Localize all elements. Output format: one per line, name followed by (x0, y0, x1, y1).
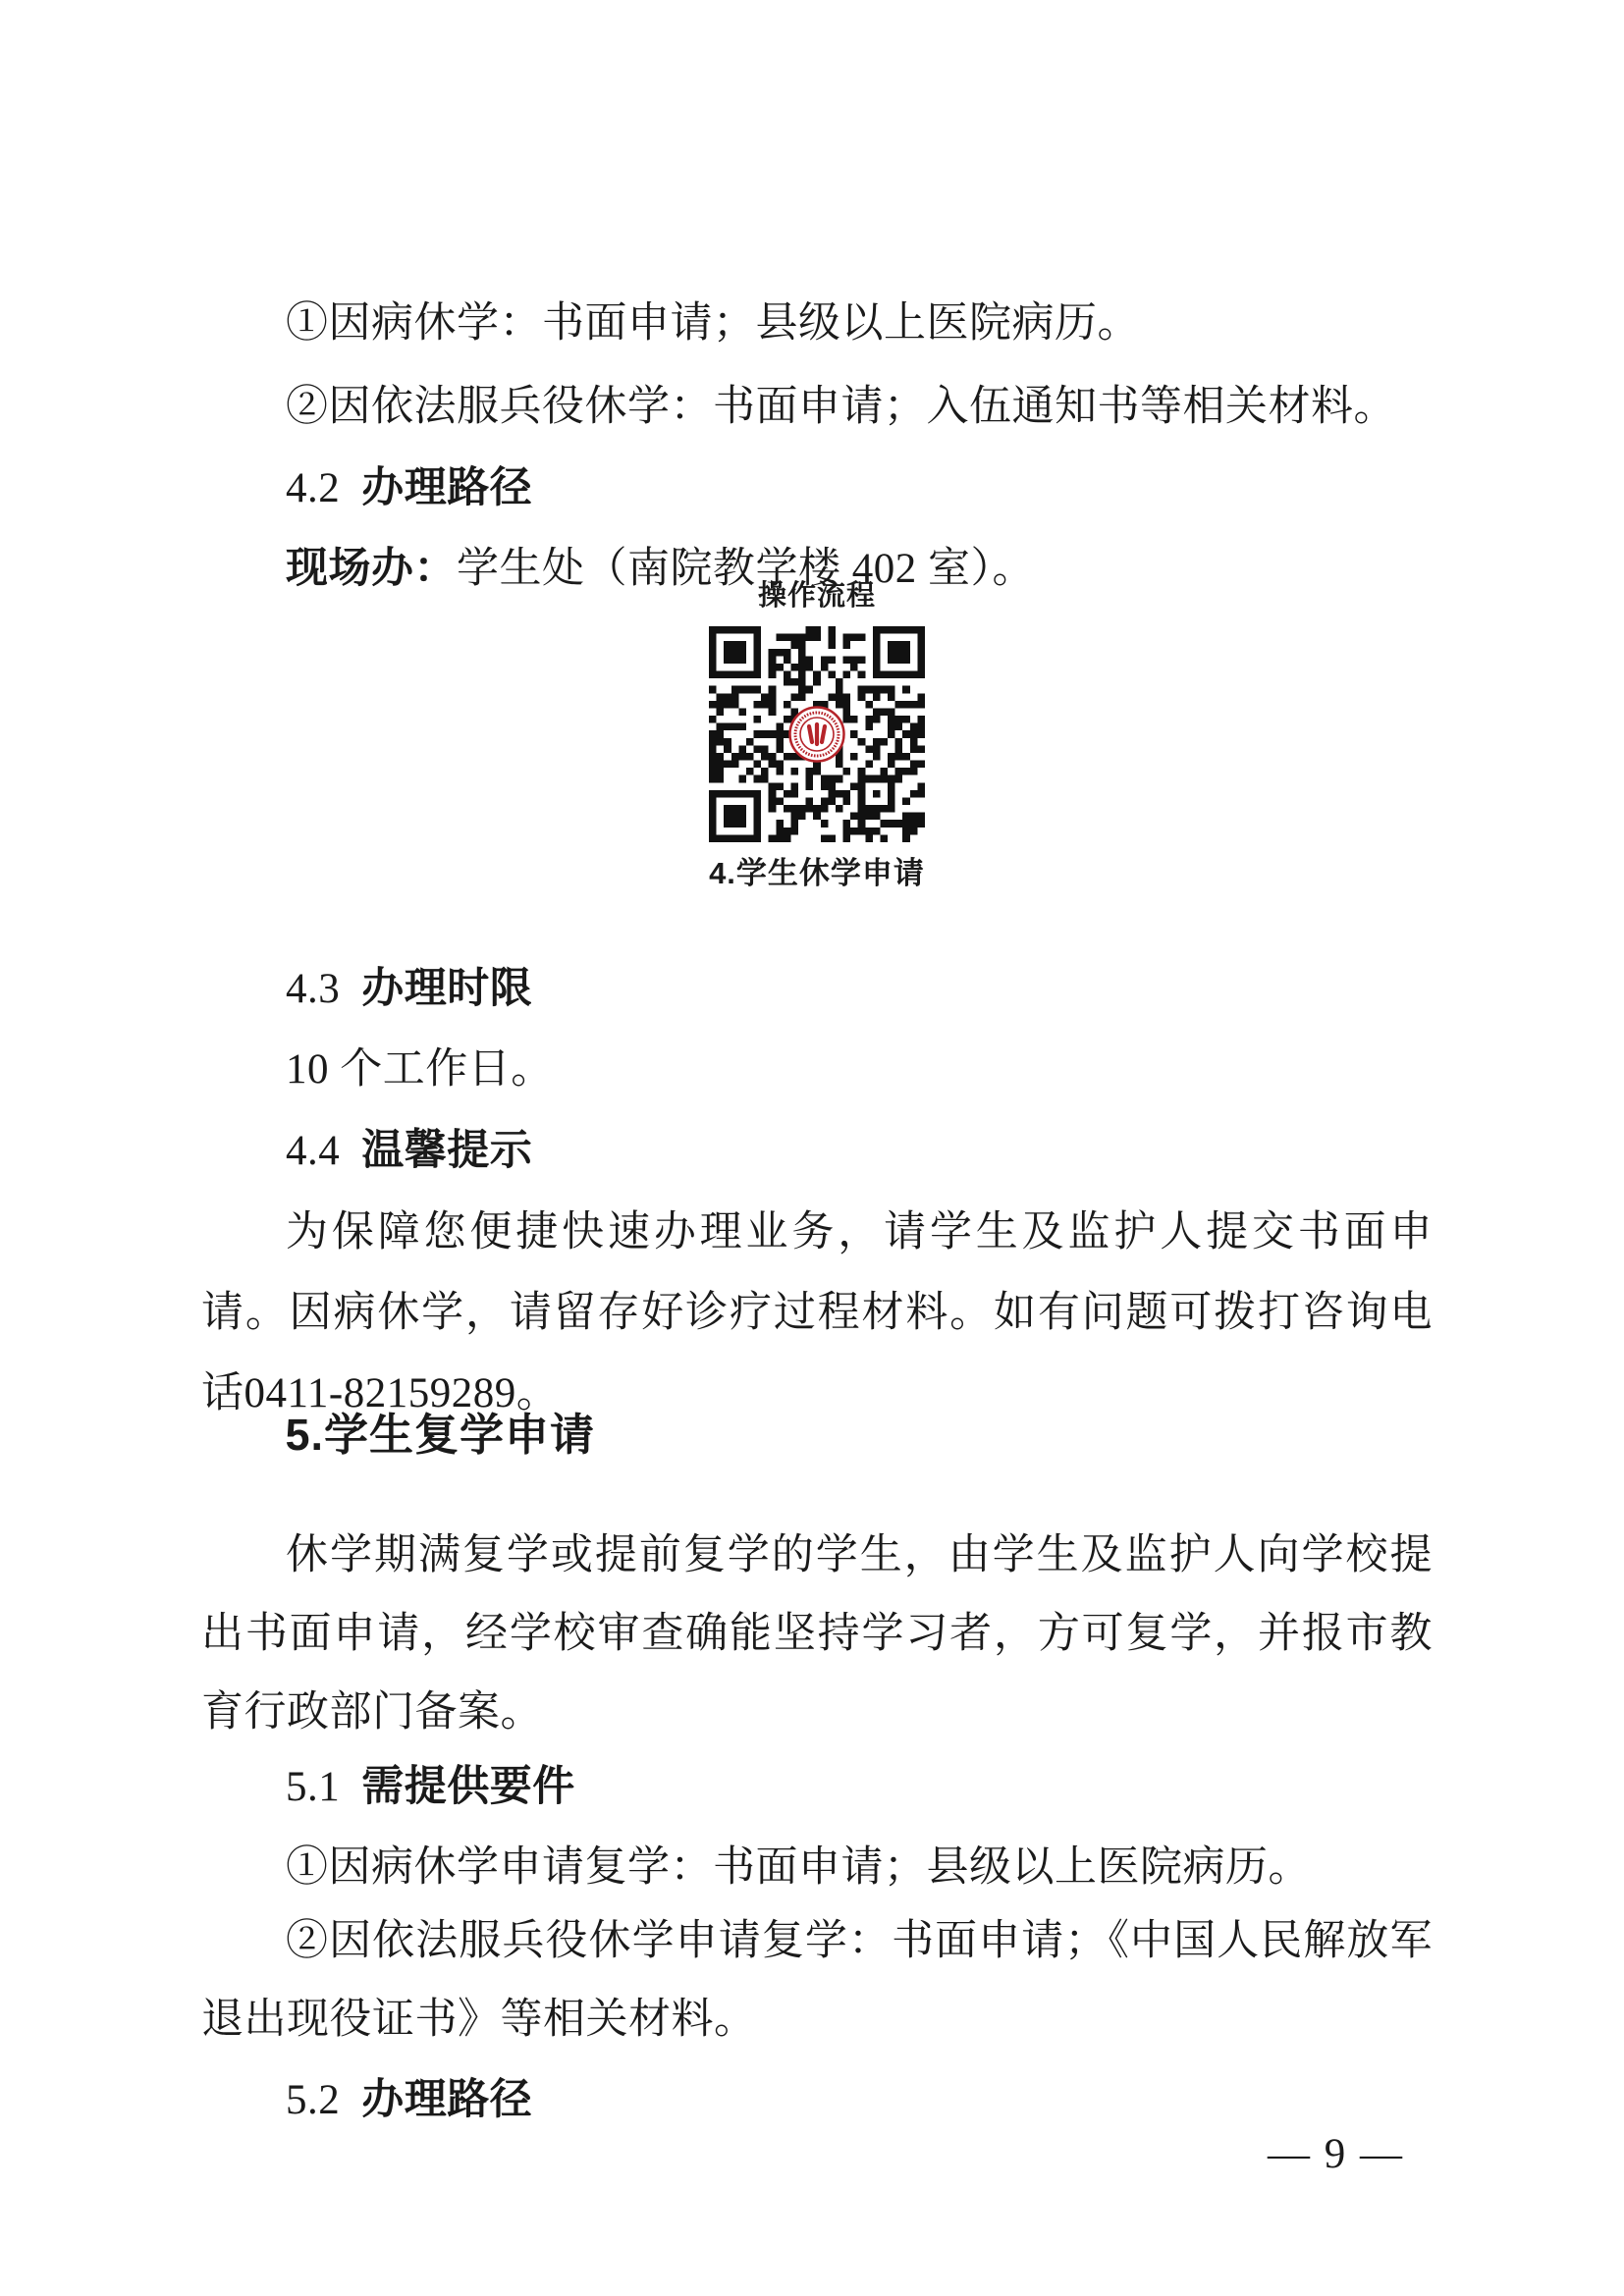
requirement-item-military-leave: ②因依法服兵役休学：书面申请；入伍通知书等相关材料。 (201, 367, 1433, 448)
qr-caption-bottom: 4.学生休学申请 (201, 854, 1433, 893)
heading-5-1-title: 需提供要件 (361, 1764, 575, 1810)
resume-requirement-item-military: ②因依法服兵役休学申请复学：书面申请；《中国人民解放军退出现役证书》等相关材料。 (201, 1902, 1433, 2059)
page-number: — 9 — (1268, 2128, 1404, 2181)
heading-5-1: 5.1需提供要件 (201, 1748, 1433, 1827)
university-seal-icon (788, 706, 845, 763)
heading-5-2-number: 5.2 (286, 2077, 340, 2123)
requirement-item-sick-leave: ①因病休学：书面申请；县级以上医院病历。 (201, 284, 1433, 364)
heading-5-2: 5.2办理路径 (201, 2061, 1433, 2140)
warm-tip-paragraph: 为保障您便捷快速办理业务，请学生及监护人提交书面申请。因病休学，请留存好诊疗过程… (201, 1193, 1433, 1434)
heading-4-2: 4.2办理路径 (201, 449, 1433, 529)
heading-4-4-title: 温馨提示 (361, 1128, 532, 1174)
heading-4-4-number: 4.4 (286, 1128, 340, 1174)
resume-study-paragraph: 休学期满复学或提前复学的学生，由学生及监护人向学校提出书面申请，经学校审查确能坚… (201, 1517, 1433, 1752)
qr-code (709, 626, 925, 842)
heading-5-1-number: 5.1 (286, 1764, 340, 1810)
heading-4-2-number: 4.2 (286, 465, 340, 511)
processing-time-text: 10 个工作日。 (201, 1030, 1433, 1110)
heading-4-2-title: 办理路径 (361, 465, 532, 511)
resume-requirement-item-sick: ①因病休学申请复学：书面申请；县级以上医院病历。 (201, 1829, 1433, 1907)
heading-4-3: 4.3办理时限 (201, 949, 1433, 1030)
qr-caption-top: 操作流程 (201, 574, 1433, 618)
heading-5-2-title: 办理路径 (361, 2077, 532, 2123)
heading-4-3-number: 4.3 (286, 966, 340, 1012)
qr-figure: 操作流程 4.学生休学申请 (201, 574, 1433, 893)
document-page: ①因病休学：书面申请；县级以上医院病历。 ②因依法服兵役休学：书面申请；入伍通知… (0, 0, 1624, 2296)
heading-4-4: 4.4温馨提示 (201, 1111, 1433, 1192)
heading-4-3-title: 办理时限 (361, 966, 532, 1012)
heading-5: 5.学生复学申请 (201, 1402, 1433, 1468)
